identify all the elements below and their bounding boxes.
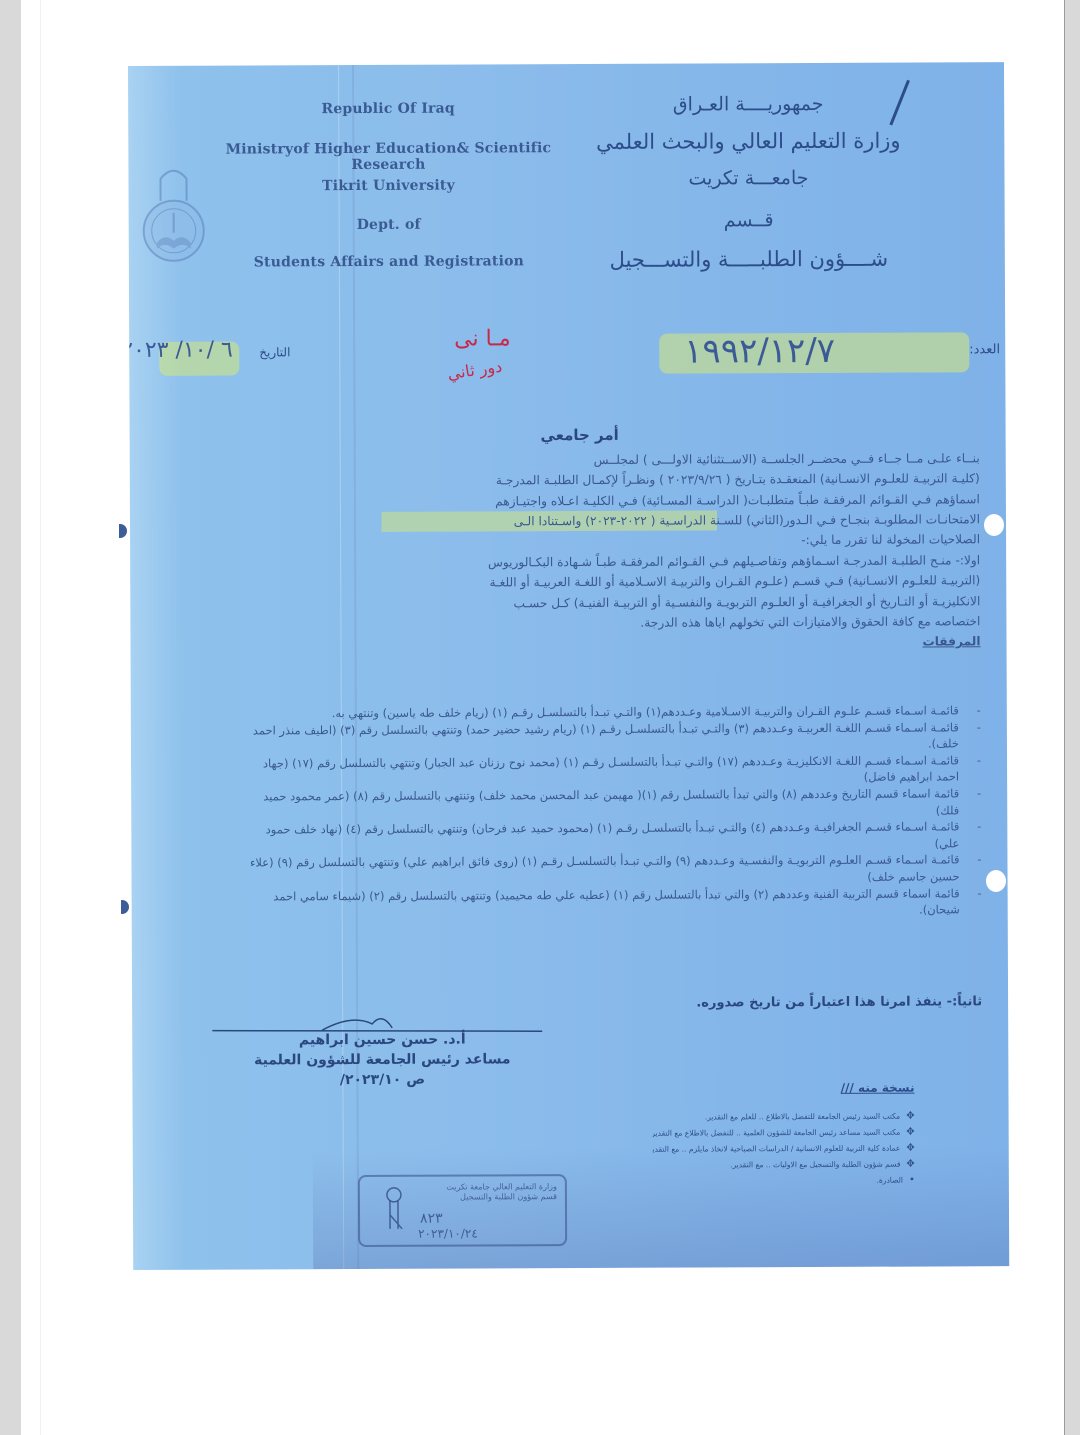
letterhead-ar-ministry: وزارة التعليم العالي والبحث العلمي — [578, 129, 918, 154]
first-clause: اولا:- منـح الطلبـة المدرجـة اسـماؤهم وت… — [250, 550, 980, 655]
attachment-item: -قائمـة اسـماء قسـم العلـوم التربويـة وا… — [241, 852, 981, 888]
copy-item: ✥قسم شؤون الطلبة والتسجيل مع الاوليات ..… — [653, 1157, 915, 1174]
date-label: التاريخ — [259, 345, 290, 359]
punch-hole — [984, 514, 1004, 536]
copies-block: نسخة منه /// ✥مكتب السيد رئيس الجامعة لل… — [652, 1081, 914, 1190]
signature-date: ص ٢٠٢٣/١٠/ — [232, 1069, 532, 1090]
letterhead-en-students-affairs: Students Affairs and Registration — [199, 253, 579, 271]
attachments-heading: المرفقات — [250, 631, 980, 654]
handwritten-note: مـا نى — [454, 326, 510, 351]
copies-heading: نسخة منه /// — [652, 1081, 914, 1096]
letterhead-ar-dept: قــسم — [579, 209, 919, 232]
copy-item: ✥مكتب السيد رئيس الجامعة للتفضل بالاطلاع… — [653, 1109, 915, 1126]
reference-number-value: ١٩٩٢/١٢/٧ — [684, 331, 835, 372]
clause-line: (التربيـة للعلـوم الانسـانية) فـي قسـم (… — [250, 571, 980, 594]
letterhead-ar-students-affairs: شــــؤون الطلبـــــة والتســـجيل — [579, 247, 919, 272]
stamp-emblem-icon — [382, 1185, 406, 1235]
handwritten-note-round: دور ثاني — [446, 357, 503, 384]
document-title: أمر جامعي — [490, 426, 670, 445]
second-clause: ثانياً:- ينفذ امرنا هذا اعتباراً من تاري… — [512, 994, 982, 1011]
signatory-position: مساعد رئيس الجامعة للشؤون العلمية — [232, 1049, 532, 1070]
letterhead-ar-republic: جمهوريــــة العـراق — [578, 93, 918, 116]
copy-item: ✥عمادة كلية التربية للعلوم الانسانية / ا… — [653, 1141, 915, 1158]
stamp-text: وزارة التعليم العالي جامعة تكريت قسم شؤو… — [427, 1182, 557, 1203]
letterhead-en-dept: Dept. of — [199, 216, 579, 234]
date-value: ٦ /١٠/ ٢٠٢٣ — [128, 338, 233, 363]
letterhead-en-university: Tikrit University — [198, 177, 578, 195]
stamp-date: ٢٠٢٣/١٠/٢٤ — [418, 1226, 478, 1240]
attachment-item: -قائمـة اسـماء قسـم اللغـة العربيـة وعـد… — [241, 719, 981, 755]
registration-stamp: وزارة التعليم العالي جامعة تكريت قسم شؤو… — [358, 1174, 567, 1247]
punch-hole — [986, 870, 1006, 892]
copy-item: ✥مكتب السيد مساعد رئيس الجامعة للشؤون ال… — [653, 1125, 915, 1142]
clause-line: اختصاصه مع كافة الحقوق والامتيازات التي … — [250, 611, 980, 634]
scanned-document: Republic Of Iraq Ministryof Higher Educa… — [128, 62, 1009, 1270]
letterhead-ar-university: جامعـــة تكريت — [578, 167, 918, 190]
copy-item: •الصادرة. — [653, 1173, 915, 1190]
attachment-item: -قائمـة اسـماء قسـم الجغرافيـة وعـددهم (… — [241, 818, 981, 854]
preamble-line: الصلاحيات المخولة لنا تقرر ما يلي:- — [250, 529, 980, 552]
university-crest-icon — [138, 161, 208, 271]
preamble-line: (كليـة التربيـة للعلـوم الانسـانية) المن… — [250, 469, 980, 492]
attachment-item: -قائمة اسماء قسم التربية الفنية وعددهم (… — [242, 885, 982, 921]
attachment-item: -قائمـة اسـماء قسـم اللغـة الانكليزيـة و… — [241, 752, 981, 788]
signatory-name: أ.د. حسن حسين ابراهيم — [232, 1029, 532, 1050]
reference-number-label: العدد: — [969, 342, 1000, 357]
attachment-item: -قائمة اسماء قسم التاريخ وعددهم (٨) والت… — [241, 785, 981, 821]
stamp-number: ٨٢٣ — [420, 1211, 443, 1227]
letterhead-en-ministry: Ministryof Higher Education& Scientific … — [198, 140, 578, 174]
preamble: بنــاء علـى مــا جــاء فــي محضــر الجلس… — [250, 448, 980, 553]
signature-block: أ.د. حسن حسين ابراهيم مساعد رئيس الجامعة… — [232, 1029, 532, 1090]
page-margin-line — [40, 0, 41, 1435]
letterhead-en-republic: Republic Of Iraq — [198, 100, 578, 118]
attachments-list: -قائمـة اسـماء قسـم علـوم القـران والترب… — [241, 702, 982, 921]
